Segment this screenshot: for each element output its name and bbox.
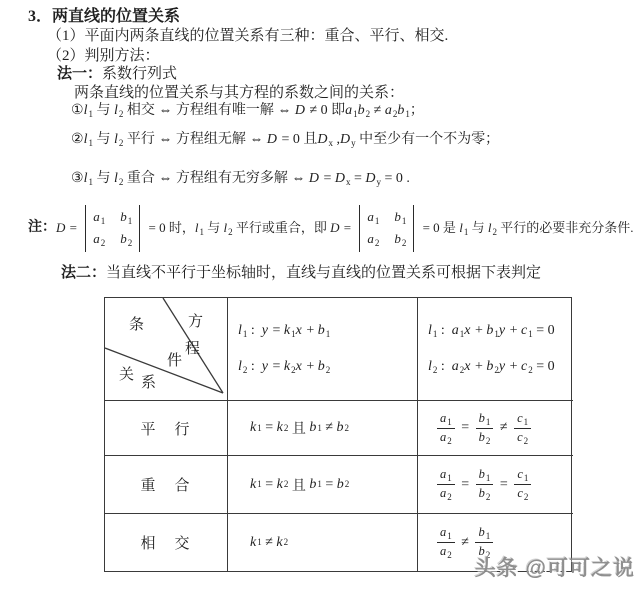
method-1-text: 系数行列式 [102, 66, 177, 82]
note-line: 注： D = a1 b1 a2 b2 = 0 时，l1 与 l2 平行或重合，即… [28, 204, 633, 252]
slope-form-l1: l1 : y = k1x + b1 [238, 323, 330, 339]
corner-char-jian: 件 [167, 354, 182, 369]
paragraph-item-1: （1）平面内两条直线的位置关系有三种：重合、平行、相交. [47, 27, 448, 46]
diagonal-divider-lines [105, 298, 228, 401]
header-slope-form-cell: l1 : y = k1x + b1 l2 : y = k2x + b2 [228, 298, 418, 401]
case-intersect-line: ①l1 与 l2 相交 ⇔ 方程组有唯一解 ⇔ D ≠ 0 即a1b2 ≠ a2… [71, 102, 424, 120]
row-parallel-slope-condition: k1 = k2 且 b1 ≠ b2 [228, 401, 418, 456]
det1-a22: b2 [120, 231, 132, 248]
corner-char-xi: 系 [141, 376, 156, 391]
paragraph-item-2: （2）判别方法： [47, 47, 160, 66]
header-general-form-cell: l1 : a1x + b1y + c1 = 0 l2 : a2x + b2y +… [418, 298, 573, 401]
method-2-label: 法二： [61, 265, 106, 281]
section-title: 3．两直线的位置关系 [28, 7, 180, 27]
general-form-l2: l2 : a2x + b2y + c2 = 0 [428, 359, 555, 375]
method-2-text: 当直线不平行于坐标轴时，直线与直线的位置关系可根据下表判定 [106, 265, 541, 281]
watermark: 头条 @可可之说 [475, 552, 635, 582]
slope-form-l2: l2 : y = k2x + b2 [238, 359, 330, 375]
determinant-2: a1 b1 a2 b2 [359, 205, 414, 252]
det1-a12: b1 [120, 209, 132, 226]
row-parallel-label: 平 行 [105, 401, 228, 456]
determinant-1: a1 b1 a2 b2 [85, 205, 140, 252]
row-parallel-general-condition: a1a2 = b1b2 ≠ c1c2 [418, 401, 573, 456]
row-intersect-slope-condition: k1 ≠ k2 [228, 514, 418, 571]
det1-a11: a1 [93, 209, 105, 226]
det2-a11: a1 [367, 209, 379, 226]
note-middle: = 0 时，l1 与 l2 平行或重合，即 D = [145, 220, 354, 237]
method-1-line: 法一：系数行列式 [57, 65, 177, 84]
corner-char-fang: 方 [188, 315, 203, 330]
row-coincide-label: 重 合 [105, 456, 228, 514]
relationship-table: 条 方 程 件 关 系 l1 : y = k1x + b1 l2 : y = k… [104, 297, 572, 572]
row-coincide-general-condition: a1a2 = b1b2 = c1c2 [418, 456, 573, 514]
note-prefix: D = [56, 220, 80, 236]
corner-char-cheng: 程 [185, 342, 200, 357]
document-page: 3．两直线的位置关系 （1）平面内两条直线的位置关系有三种：重合、平行、相交. … [0, 0, 640, 592]
case-coincide-line: ③l1 与 l2 重合 ⇔ 方程组有无穷多解 ⇔ D = Dx = Dy = 0… [71, 170, 410, 188]
row-coincide-slope-condition: k1 = k2 且 b1 = b2 [228, 456, 418, 514]
corner-char-guan: 关 [119, 368, 134, 383]
method-1-label: 法一： [57, 66, 102, 82]
method-2-line: 法二：当直线不平行于坐标轴时，直线与直线的位置关系可根据下表判定 [61, 264, 541, 283]
det2-a12: b1 [394, 209, 406, 226]
det2-a21: a2 [367, 231, 379, 248]
table-corner-cell: 条 方 程 件 关 系 [105, 298, 228, 401]
row-intersect-label: 相 交 [105, 514, 228, 571]
det1-a21: a2 [93, 231, 105, 248]
note-label: 注： [28, 219, 56, 237]
note-suffix: = 0 是 l1 与 l2 平行的必要非充分条件. [419, 220, 633, 237]
method-1-description: 两条直线的位置关系与其方程的系数之间的关系： [74, 84, 404, 103]
general-form-l1: l1 : a1x + b1y + c1 = 0 [428, 323, 555, 339]
corner-char-tiao: 条 [129, 318, 144, 333]
case-parallel-line: ②l1 与 l2 平行 ⇔ 方程组无解 ⇔ D = 0 且Dx ,Dy 中至少有… [71, 131, 499, 149]
det2-a22: b2 [394, 231, 406, 248]
